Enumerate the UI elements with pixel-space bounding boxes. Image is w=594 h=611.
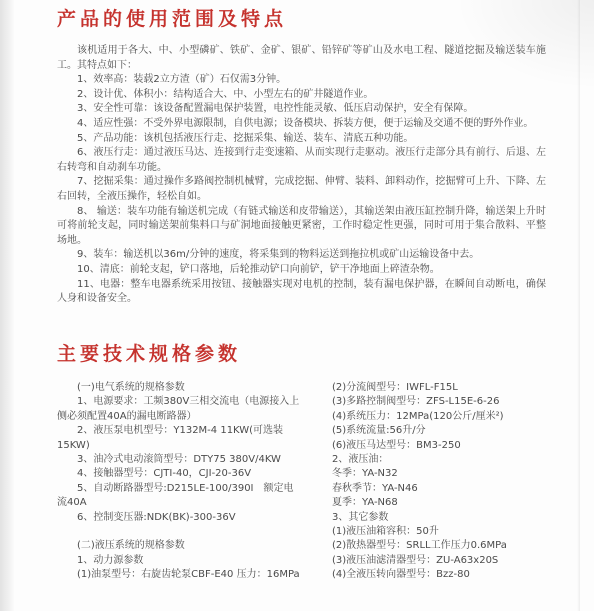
spec-line: (5)系统流量:56升/分	[332, 424, 570, 438]
specs-column-left: (一)电气系统的规格参数 1、电源要求：工频380V三相交流电（电源接入上侧必须…	[57, 381, 300, 583]
feature-item: 3、安全性可靠：该设备配置漏电保护装置，电控性能灵敏、低压启动保护，安全有保障。	[57, 102, 546, 117]
spec-line: 6、控制变压器:NDK(BK)-300-36V	[57, 511, 300, 525]
spec-group-header-hydraulic: (二)液压系统的规格参数	[57, 539, 300, 553]
section2-title: 主要技术规格参数	[57, 342, 241, 366]
spec-line: 3、其它参数	[332, 511, 570, 525]
spec-line: (1)油泵型号：右旋齿轮泵CBF-E40 压力：16MPa	[57, 568, 300, 582]
column-spacer	[57, 525, 300, 539]
spec-line: 3、油冷式电动滚筒型号：DTY75 380V/4KW	[57, 453, 300, 467]
spec-line: 1、动力源参数	[57, 554, 300, 568]
spec-line: (2)分流阀型号：IWFL-F15L	[332, 381, 570, 395]
spec-line: 5、自动断路器型号:D215LE-100/390I 额定电流40A	[57, 482, 300, 511]
section1-title: 产品的使用范围及特点	[57, 7, 287, 31]
feature-item: 8、 输送：装车功能有输送机完成（有链式输送和皮带输送），其输送架由液压缸控制升…	[57, 205, 546, 249]
spec-line: (3)多路控制阀型号：ZFS-L15E-6-26	[332, 395, 570, 409]
spec-line: (1)液压油箱容积：50升	[332, 525, 570, 539]
feature-item: 6、液压行走：通过液压马达、连接到行走变速箱、从而实现行走驱动。液压行走部分具有…	[57, 146, 546, 175]
spec-line: 2、液压泵电机型号：Y132M-4 11KW(可选装15KW)	[57, 424, 300, 453]
section1-body: 该机适用于各大、中、小型磷矿、铁矿、金矿、银矿、铅锌矿等矿山及水电工程、隧道挖掘…	[57, 44, 546, 307]
spec-line: 2、液压油：	[332, 453, 570, 467]
spec-line: 冬季：YA-N32	[332, 467, 570, 481]
feature-item: 10、清底：前轮支起，铲口落地，后轮推动铲口向前铲，铲干净地面上碎渣杂物。	[57, 263, 546, 278]
feature-item: 11、电器：整车电器系统采用按钮、接触器实现对电机的控制，装有漏电保护器，在瞬间…	[57, 278, 546, 307]
feature-item: 4、适应性强：不受外界电源限制，自供电源；设备模块、拆装方便，便于运输及交通不便…	[57, 117, 546, 132]
spec-line: 4、接触器型号：CJTI-40，CJI-20-36V	[57, 467, 300, 481]
spec-line: (4)系统压力：12MPa(120公斤/厘米²)	[332, 410, 570, 424]
feature-item: 5、产品功能：该机包括液压行走、挖掘采集、输送、装车、清底五种功能。	[57, 132, 546, 147]
spec-line: (3)液压油滤清器型号：ZU-A63x20S	[332, 554, 570, 568]
feature-item: 7、挖掘采集：通过操作多路阀控制机械臂，完成挖掘、伸臂、装料、卸料动作，挖掘臂可…	[57, 175, 546, 204]
spec-line: 春秋季节：YA-N46	[332, 482, 570, 496]
page-left-edge	[0, 0, 14, 611]
feature-item: 2、设计优、体积小：结构适合大、中、小型左右的矿井隧道作业。	[57, 88, 546, 103]
specs-column-right: (2)分流阀型号：IWFL-F15L (3)多路控制阀型号：ZFS-L15E-6…	[332, 381, 570, 583]
spec-line: 1、电源要求：工频380V三相交流电（电源接入上侧必须配置40A的漏电断路器）	[57, 395, 300, 424]
feature-item: 1、效率高：装载2立方渣（矿）石仅需3分钟。	[57, 73, 546, 88]
spec-line: (6)液压马达型号：BM3-250	[332, 439, 570, 453]
feature-item: 9、装车：输送机以36m/分钟的速度，将采集到的物料运送到拖拉机或矿山运输设备中…	[57, 248, 546, 263]
spec-line: (2)散热器型号：SRLL工作压力0.6MPa	[332, 539, 570, 553]
spec-group-header-electrical: (一)电气系统的规格参数	[57, 381, 300, 395]
intro-paragraph: 该机适用于各大、中、小型磷矿、铁矿、金矿、银矿、铅锌矿等矿山及水电工程、隧道挖掘…	[57, 44, 546, 73]
page-right-edge	[577, 0, 580, 611]
spec-line: 夏季：YA-N68	[332, 496, 570, 510]
spec-line: (4)全液压转向器型号：Bzz-80	[332, 568, 570, 582]
